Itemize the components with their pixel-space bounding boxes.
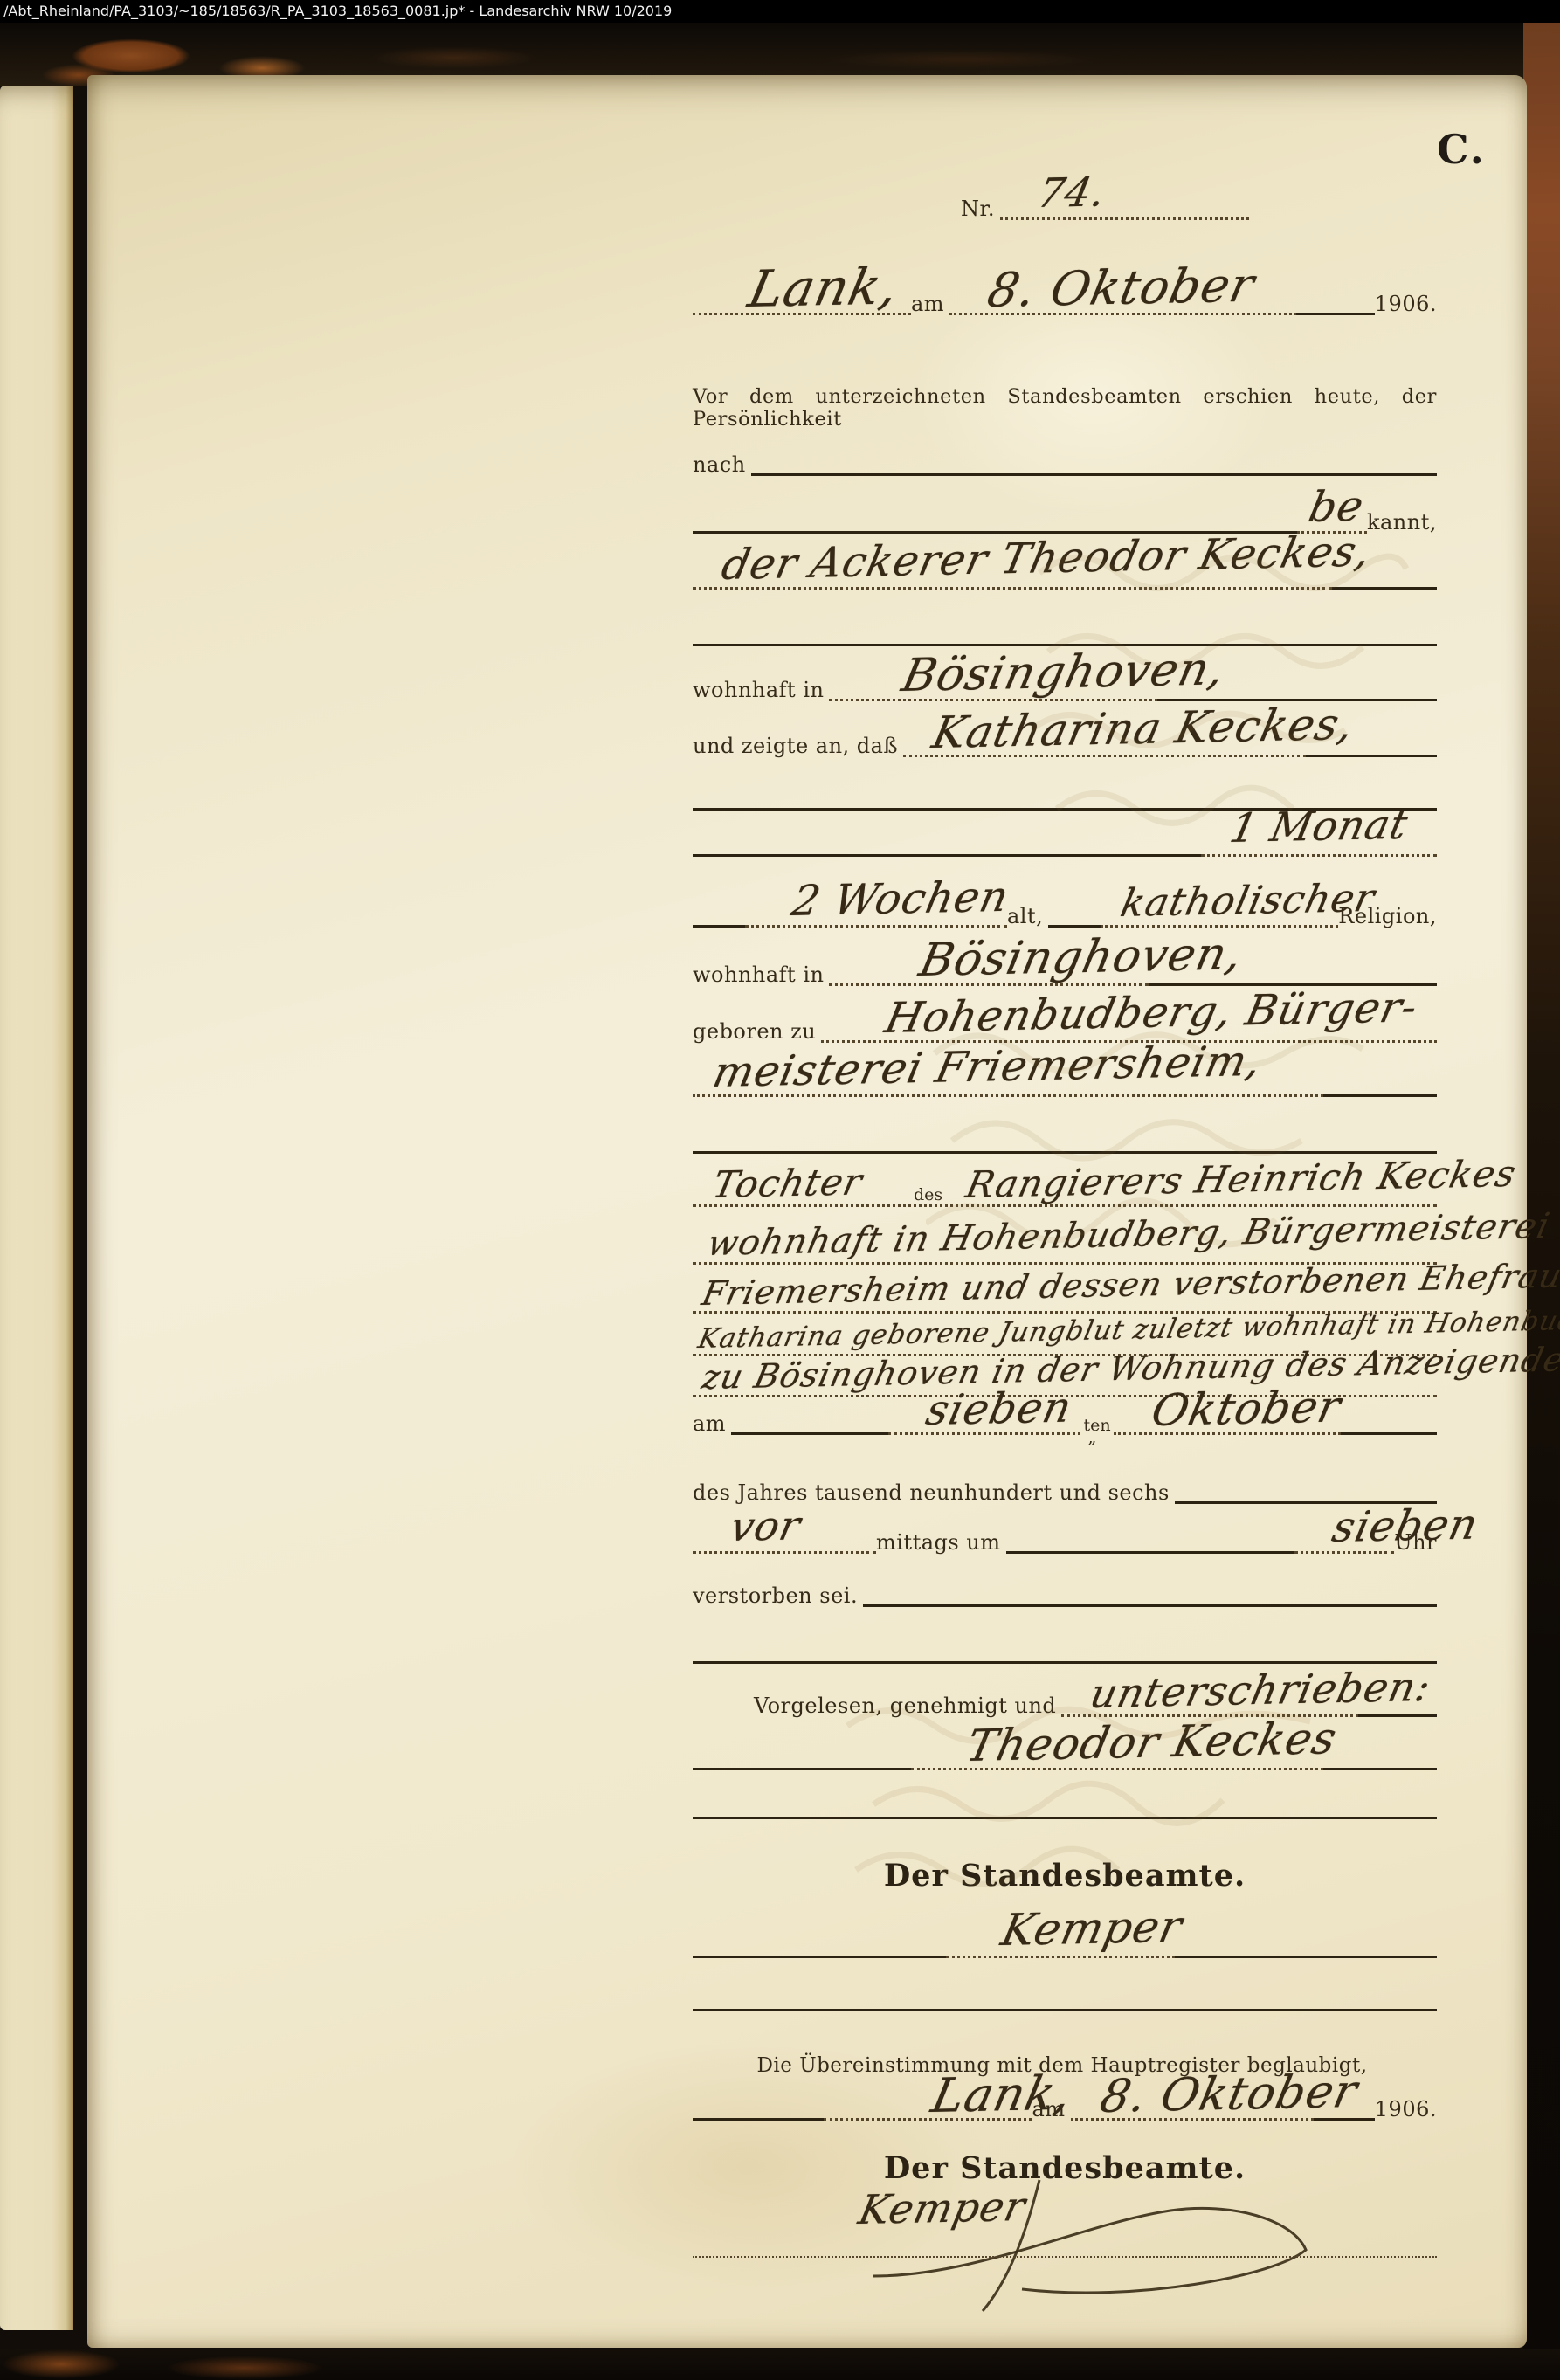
date-value: 8. Oktober xyxy=(984,266,1258,311)
certification-text-row: Die Übereinstimmung mit dem Hauptregiste… xyxy=(693,2047,1489,2077)
parentage-row3: Friemersheim und dessen verstorbenen Ehe… xyxy=(693,1284,1437,1314)
rule-solid xyxy=(1175,1951,1437,1958)
year-label: 1906. xyxy=(1375,293,1437,315)
religion-value: katholischer xyxy=(1118,882,1377,920)
am-label: am xyxy=(911,293,949,315)
death-time-row: vor mittags um sieben Uhr xyxy=(693,1524,1437,1554)
ditto-mark: „ xyxy=(1087,1428,1096,1447)
registrar-signature-row: Kemper xyxy=(693,1928,1437,1958)
place-value: Lank, xyxy=(745,265,902,311)
blank-rule-row xyxy=(693,1634,1437,1664)
rule-solid xyxy=(693,850,1201,857)
rule-solid xyxy=(693,1951,946,1958)
nach-row: nach xyxy=(693,446,1437,476)
verstorben-row: verstorben sei. xyxy=(693,1577,1437,1607)
deceased-residence-row: wohnhaft in Bösinghoven, xyxy=(693,956,1437,986)
hour-value: sieben xyxy=(1329,1507,1481,1546)
parentage-line3: Friemersheim und dessen verstorbenen Ehe… xyxy=(700,1261,1560,1307)
death-month: Oktober xyxy=(1149,1388,1344,1429)
binding-right-edge xyxy=(1523,23,1560,2380)
daytime-value: vor xyxy=(728,1508,804,1544)
ink-bleedthrough xyxy=(839,1682,1328,1892)
rule-dotted: 74. xyxy=(1000,213,1249,220)
rule-solid xyxy=(1358,1710,1437,1717)
rule-dotted: vor xyxy=(693,1547,876,1554)
rule-dotted: Kemper xyxy=(946,1951,1175,1958)
left-page-edge xyxy=(0,86,73,2330)
rule-solid xyxy=(693,2114,824,2121)
window-title-bar: /Abt_Rheinland/PA_3103/~185/18563/R_PA_3… xyxy=(0,0,1560,23)
registrar-signature: Kemper xyxy=(998,1907,1185,1949)
bottom-dotted-rule-row xyxy=(693,2228,1437,2258)
blank-rule-row xyxy=(693,1982,1437,2011)
mittags-label: mittags um xyxy=(876,1531,1006,1554)
deceased-residence: Bösinghoven, xyxy=(916,935,1246,980)
death-date-row: am sieben ten„ Oktober xyxy=(693,1405,1437,1435)
rule-solid xyxy=(1006,1547,1294,1554)
certification-year: 1906. xyxy=(1375,2098,1437,2121)
rule-dotted: katholischer xyxy=(1101,921,1338,928)
certification-place: Lank, xyxy=(928,2073,1075,2116)
verstorben-label: verstorben sei. xyxy=(693,1584,863,1607)
wohnhaft-label: wohnhaft in xyxy=(693,679,829,701)
document-page: C. Nr. 74. Lank, am 8. Oktober 1906. Vor… xyxy=(87,75,1527,2348)
binding-bottom-edge xyxy=(0,2349,1560,2380)
intro-text: Vor dem unterzeichneten Standesbeamten e… xyxy=(693,385,1437,431)
rule-dotted: sieben xyxy=(888,1428,1080,1435)
bekannt-handwriting: be xyxy=(1306,489,1367,526)
ink-bleedthrough xyxy=(926,1001,1380,1263)
certification-signature: Kemper xyxy=(856,2190,1029,2227)
rule-dotted: 2 Wochen xyxy=(745,921,1007,928)
ink-bleedthrough xyxy=(1031,529,1415,844)
corner-mark: C. xyxy=(1437,126,1486,173)
rule-solid xyxy=(1341,1428,1437,1435)
rule-solid xyxy=(1323,1763,1437,1770)
rule-dotted: 8. Oktober xyxy=(949,308,1296,315)
rule-solid xyxy=(863,1600,1437,1607)
rule-solid xyxy=(693,2004,1437,2011)
rule-dotted: sieben xyxy=(1294,1547,1395,1554)
am2-label: am xyxy=(693,1412,731,1435)
ten-label: ten„ xyxy=(1080,1416,1113,1435)
rule-solid xyxy=(1048,921,1101,928)
place-date-row: Lank, am 8. Oktober 1906. xyxy=(693,286,1437,315)
certification-date-row: Lank, am 8. Oktober 1906. xyxy=(693,2091,1437,2121)
age-religion-row: 2 Wochen alt, katholischer Religion, xyxy=(693,898,1437,928)
rule-solid xyxy=(1314,2114,1375,2121)
death-year-row: des Jahres tausend neunhundert und sechs xyxy=(693,1474,1437,1504)
nr-label: Nr. xyxy=(961,197,1000,220)
certification-date: 8. Oktober xyxy=(1097,2073,1361,2116)
wohnhaft2-label: wohnhaft in xyxy=(693,963,829,986)
parentage-tochter: Tochter xyxy=(710,1167,866,1201)
rule-solid xyxy=(693,921,745,928)
geboren-label: geboren zu xyxy=(693,1020,821,1043)
rule-dotted: 8. Oktober xyxy=(1071,2114,1314,2121)
record-number-row: Nr. 74. xyxy=(961,190,1249,220)
rule-solid xyxy=(751,469,1437,476)
rule-dotted: Lank, xyxy=(824,2114,1032,2121)
intro-row: Vor dem unterzeichneten Standesbeamten e… xyxy=(693,385,1437,431)
window-title: /Abt_Rheinland/PA_3103/~185/18563/R_PA_3… xyxy=(3,3,672,19)
rule-dotted: Lank, xyxy=(693,308,911,315)
rule-solid xyxy=(693,1657,1437,1664)
record-number-value: 74. xyxy=(1035,175,1109,210)
rule-solid xyxy=(1296,308,1375,315)
rule-solid xyxy=(731,1428,888,1435)
rule-dotted: Oktober xyxy=(1114,1428,1341,1435)
alt-label: alt, xyxy=(1007,905,1048,928)
death-day: sieben xyxy=(923,1390,1075,1429)
age-weeks-value: 2 Wochen xyxy=(789,880,1012,920)
nach-label: nach xyxy=(693,453,751,476)
year-line-label: des Jahres tausend neunhundert und sechs xyxy=(693,1481,1175,1504)
rule-dotted: 1 Monat xyxy=(1201,850,1437,857)
zeigte-label: und zeigte an, daß xyxy=(693,735,903,757)
rule-dotted xyxy=(693,2252,1437,2258)
rule-dotted: Bösinghoven, xyxy=(829,979,1149,986)
